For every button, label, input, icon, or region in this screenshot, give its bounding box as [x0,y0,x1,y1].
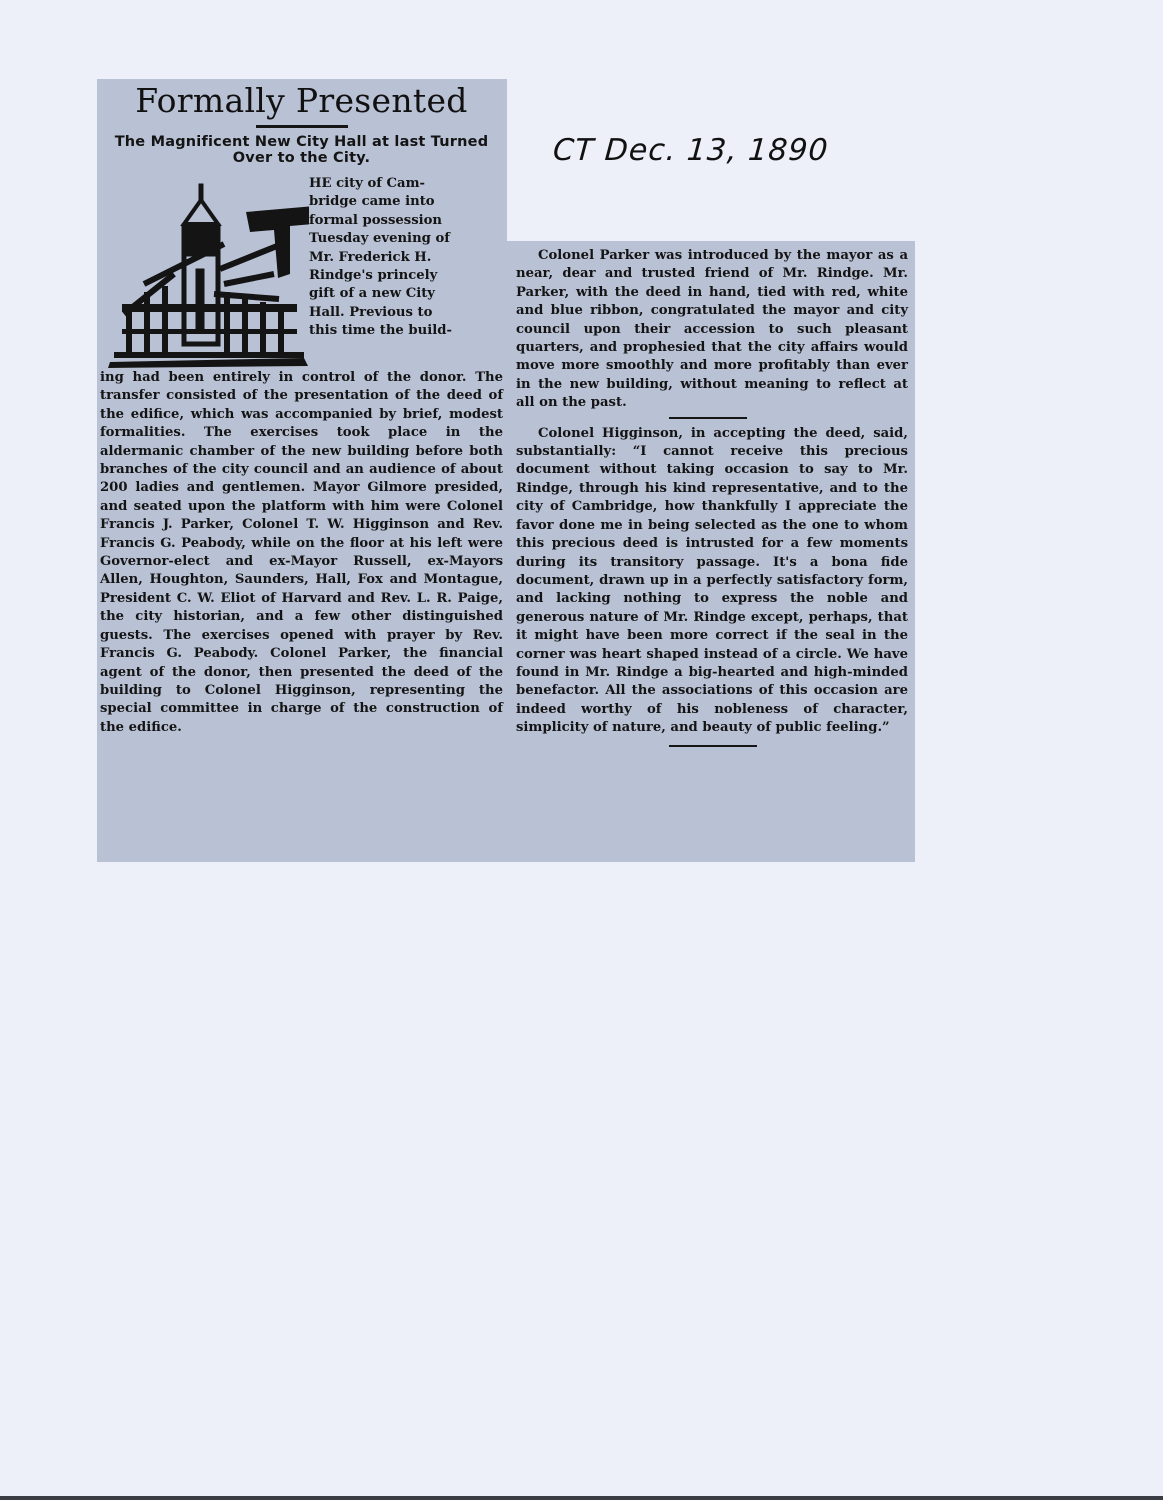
handwritten-date-note: CT Dec. 13, 1890 [552,133,830,168]
intro-line: this time the build- [309,322,503,340]
intro-line: gift of a new City [309,285,503,303]
intro-line: bridge came into [309,193,503,211]
scan-edge-strip [0,1496,1163,1500]
intro-line: formal possession [309,212,503,230]
headline: Formally Presented [100,81,503,121]
end-divider [669,745,757,747]
intro-line: Hall. Previous to [309,304,503,322]
section-divider [669,417,747,419]
newspaper-clipping-right-column: Colonel Parker was introduced by the may… [507,241,915,862]
intro-line: Mr. Frederick H. [309,249,503,267]
intro-line: Rindge's princely [309,267,503,285]
subheadline: The Magnificent New City Hall at last Tu… [100,134,503,166]
headline-divider [256,125,348,128]
article-paragraph-higginson: Colonel Higginson, in accepting the deed… [516,425,908,738]
intro-line: Tuesday evening of [309,230,503,248]
intro-text: HE city of Cam- bridge came into formal … [309,174,503,341]
article-paragraph-parker: Colonel Parker was introduced by the may… [516,247,908,413]
city-hall-illustration-icon [104,174,309,369]
article-body-left-continuation: ing had been entirely in control of the … [100,369,503,737]
intro-block: HE city of Cam- bridge came into formal … [100,174,503,369]
newspaper-clipping-left-column: Formally Presented The Magnificent New C… [97,79,507,862]
intro-line: HE city of Cam- [309,175,503,193]
